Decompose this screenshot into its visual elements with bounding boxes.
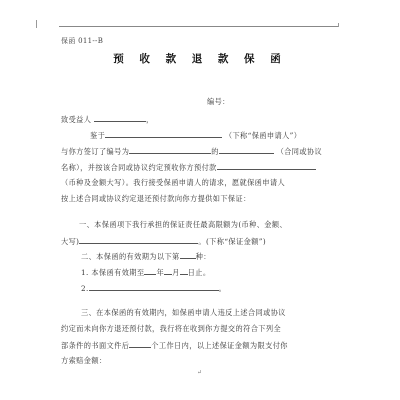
year-blank[interactable] [144,267,156,275]
clause-line-2: 与你方签订了编号为的 （合同或协议 [61,146,322,157]
document-title: 预 收 款 退 款 保 函 [0,51,400,66]
clause-line-1: 鉴于 （下称“保函申请人”） [90,130,301,141]
validity-option-blank[interactable] [180,251,196,259]
margin-marker [36,20,37,28]
section-1-line-a: 一、本保函项下我行承担的保证责任最高限额为(币种、金额、 [79,220,287,230]
working-days-blank[interactable] [129,340,151,348]
document-code: 保函 011--B [61,36,103,46]
section-2-option-2: 2.。 [81,283,226,294]
header-rule [59,26,339,27]
addressee-line: 致受益人 ， [61,114,154,125]
section-1-line-b: 大写)。(下称“保证金额”) [61,236,266,247]
section-3-line-a: 三、在本保函的有效期内，如保函申请人违反上述合同或协议 [81,308,286,318]
section-3-line-d: 方索赔金额： [61,356,107,366]
contract-number-blank[interactable] [129,146,211,154]
guarantee-amount-blank[interactable] [79,236,198,244]
section-3-line-b: 约定而未向你方退还预付款，我行将在收到你方提交的符合下列全 [61,324,281,334]
document-page: 保函 011--B 预 收 款 退 款 保 函 编号： 致受益人 ， 鉴于 （下… [0,0,400,400]
applicant-blank[interactable] [105,130,222,138]
advance-amount-blank[interactable] [217,162,316,170]
month-blank[interactable] [164,267,172,275]
section-3-line-c: 部条件的书面文件后个工作日内，以上述保证金额为限支付你 [61,340,288,351]
day-blank[interactable] [180,267,188,275]
paragraph-mark: ↵ [197,369,202,376]
beneficiary-blank[interactable] [94,114,146,122]
number-label: 编号： [207,97,230,107]
other-validity-blank[interactable] [89,283,219,291]
clause-line-4: （币种及金额大写）。我行接受保函申请人的请求，愿就保函申请人 [61,178,285,188]
section-2-line: 二、本保函的有效期为以下第种： [81,251,211,262]
clause-line-5: 按上述合同或协议约定退还预付款向你方提供如下保证： [61,194,251,204]
contract-name-blank[interactable] [219,146,274,154]
clause-line-3: 名称），并按该合同或协议约定预收你方预付款 [61,162,316,173]
section-2-option-1: 1. 本保函有效期至年月日止。 [81,267,210,278]
header-rule-end-mark [338,23,339,27]
